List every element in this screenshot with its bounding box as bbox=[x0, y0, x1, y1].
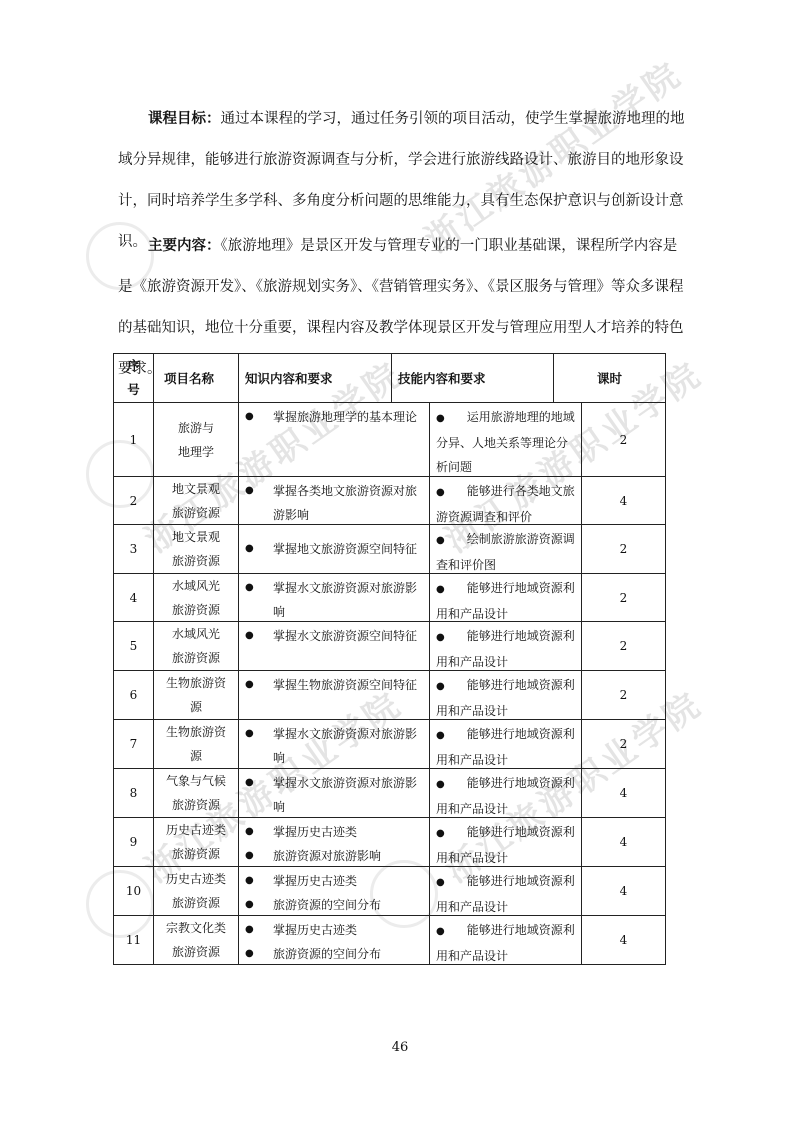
cell-skill: ●能够进行各类地文旅游资源调查和评价 bbox=[429, 477, 581, 524]
bullet-icon: ● bbox=[436, 413, 445, 424]
cell-no: 11 bbox=[114, 916, 153, 964]
cell-no: 1 bbox=[114, 403, 153, 476]
cell-project-name: 水域风光 旅游资源 bbox=[153, 574, 238, 621]
cell-skill: ●能够进行地域资源利用和产品设计 bbox=[429, 720, 581, 768]
bullet-icon: ● bbox=[436, 632, 445, 643]
knowledge-item: ●掌握历史古迹类 bbox=[245, 869, 423, 893]
bullet-icon: ● bbox=[245, 624, 273, 648]
knowledge-item: ●掌握各类地文旅游资源对旅游影响 bbox=[245, 479, 423, 527]
knowledge-item: ●掌握水文旅游资源对旅游影响 bbox=[245, 771, 423, 819]
cell-hours: 2 bbox=[581, 403, 665, 476]
table-row: 4水域风光 旅游资源●掌握水文旅游资源对旅游影响●能够进行地域资源利用和产品设计… bbox=[113, 573, 666, 621]
cell-no: 2 bbox=[114, 477, 153, 524]
cell-skill: ●能够进行地域资源利用和产品设计 bbox=[429, 622, 581, 670]
cell-skill: ●能够进行地域资源利用和产品设计 bbox=[429, 574, 581, 621]
table-row: 10历史古迹类 旅游资源●掌握历史古迹类●旅游资源的空间分布●能够进行地域资源利… bbox=[113, 866, 666, 915]
skill-text: 能够进行各类地文旅游资源调查和评价 bbox=[436, 484, 575, 524]
skill-text: 绘制旅游旅游资源调查和评价图 bbox=[436, 532, 575, 572]
bullet-icon: ● bbox=[436, 584, 445, 595]
knowledge-text: 掌握旅游地理学的基本理论 bbox=[273, 405, 417, 429]
cell-no: 6 bbox=[114, 671, 153, 719]
knowledge-item: ●旅游资源的空间分布 bbox=[245, 893, 423, 917]
bullet-icon: ● bbox=[245, 869, 273, 893]
skill-text: 能够进行地域资源利用和产品设计 bbox=[436, 678, 575, 718]
header-skill: 技能内容和要求 bbox=[391, 354, 553, 402]
cell-knowledge: ●掌握历史古迹类●旅游资源的空间分布 bbox=[238, 867, 429, 915]
knowledge-text: 掌握水文旅游资源对旅游影响 bbox=[273, 771, 423, 819]
cell-skill: ●运用旅游地理的地域分异、人地关系等理论分析问题 bbox=[429, 403, 581, 476]
page-number: 46 bbox=[0, 1040, 800, 1055]
knowledge-text: 掌握水文旅游资源对旅游影响 bbox=[273, 722, 423, 770]
cell-no: 8 bbox=[114, 769, 153, 817]
cell-skill: ●能够进行地域资源利用和产品设计 bbox=[429, 769, 581, 817]
table-row: 5水域风光 旅游资源●掌握水文旅游资源空间特征●能够进行地域资源利用和产品设计2 bbox=[113, 621, 666, 670]
knowledge-item: ●旅游资源对旅游影响 bbox=[245, 844, 423, 868]
cell-project-name: 宗教文化类 旅游资源 bbox=[153, 916, 238, 964]
knowledge-item: ●掌握生物旅游资源空间特征 bbox=[245, 673, 423, 697]
table-row: 8气象与气候 旅游资源●掌握水文旅游资源对旅游影响●能够进行地域资源利用和产品设… bbox=[113, 768, 666, 817]
cell-knowledge: ●掌握历史古迹类●旅游资源对旅游影响 bbox=[238, 818, 429, 866]
cell-project-name: 旅游与 地理学 bbox=[153, 403, 238, 476]
cell-skill: ●能够进行地域资源利用和产品设计 bbox=[429, 916, 581, 964]
knowledge-item: ●掌握水文旅游资源对旅游影响 bbox=[245, 722, 423, 770]
table-row: 2地文景观 旅游资源●掌握各类地文旅游资源对旅游影响●能够进行各类地文旅游资源调… bbox=[113, 476, 666, 524]
knowledge-item: ●旅游资源的空间分布 bbox=[245, 942, 423, 966]
table-row: 1旅游与 地理学●掌握旅游地理学的基本理论●运用旅游地理的地域分异、人地关系等理… bbox=[113, 402, 666, 476]
cell-project-name: 生物旅游资 源 bbox=[153, 720, 238, 768]
skill-text: 能够进行地域资源利用和产品设计 bbox=[436, 923, 575, 963]
cell-knowledge: ●掌握水文旅游资源对旅游影响 bbox=[238, 769, 429, 817]
cell-project-name: 生物旅游资 源 bbox=[153, 671, 238, 719]
knowledge-item: ●掌握旅游地理学的基本理论 bbox=[245, 405, 423, 429]
cell-no: 9 bbox=[114, 818, 153, 866]
cell-hours: 2 bbox=[581, 671, 665, 719]
bullet-icon: ● bbox=[245, 537, 273, 561]
table-header-row: 序号 项目名称 知识内容和要求 技能内容和要求 课时 bbox=[113, 353, 666, 402]
bullet-icon: ● bbox=[245, 893, 273, 917]
skill-text: 能够进行地域资源利用和产品设计 bbox=[436, 776, 575, 816]
cell-hours: 4 bbox=[581, 916, 665, 964]
bullet-icon: ● bbox=[245, 942, 273, 966]
cell-skill: ●能够进行地域资源利用和产品设计 bbox=[429, 671, 581, 719]
skill-text: 运用旅游地理的地域分异、人地关系等理论分析问题 bbox=[436, 410, 575, 474]
table-row: 11宗教文化类 旅游资源●掌握历史古迹类●旅游资源的空间分布●能够进行地域资源利… bbox=[113, 915, 666, 965]
knowledge-text: 掌握地文旅游资源空间特征 bbox=[273, 537, 417, 561]
bullet-icon: ● bbox=[245, 576, 273, 624]
cell-project-name: 地文景观 旅游资源 bbox=[153, 525, 238, 573]
skill-text: 能够进行地域资源利用和产品设计 bbox=[436, 581, 575, 621]
knowledge-text: 掌握历史古迹类 bbox=[273, 820, 357, 844]
table-row: 9历史古迹类 旅游资源●掌握历史古迹类●旅游资源对旅游影响●能够进行地域资源利用… bbox=[113, 817, 666, 866]
cell-knowledge: ●掌握水文旅游资源对旅游影响 bbox=[238, 720, 429, 768]
knowledge-text: 旅游资源对旅游影响 bbox=[273, 844, 381, 868]
skill-text: 能够进行地域资源利用和产品设计 bbox=[436, 825, 575, 865]
cell-project-name: 水域风光 旅游资源 bbox=[153, 622, 238, 670]
table-row: 7生物旅游资 源●掌握水文旅游资源对旅游影响●能够进行地域资源利用和产品设计2 bbox=[113, 719, 666, 768]
bullet-icon: ● bbox=[436, 877, 445, 888]
cell-knowledge: ●掌握历史古迹类●旅游资源的空间分布 bbox=[238, 916, 429, 964]
knowledge-text: 掌握历史古迹类 bbox=[273, 869, 357, 893]
header-name: 项目名称 bbox=[153, 354, 238, 402]
knowledge-text: 掌握历史古迹类 bbox=[273, 918, 357, 942]
knowledge-text: 掌握水文旅游资源对旅游影响 bbox=[273, 576, 423, 624]
bullet-icon: ● bbox=[245, 820, 273, 844]
cell-knowledge: ●掌握水文旅游资源对旅游影响 bbox=[238, 574, 429, 621]
knowledge-item: ●掌握历史古迹类 bbox=[245, 918, 423, 942]
table-row: 6生物旅游资 源●掌握生物旅游资源空间特征●能够进行地域资源利用和产品设计2 bbox=[113, 670, 666, 719]
course-goal-label: 课程目标： bbox=[148, 110, 221, 127]
cell-project-name: 历史古迹类 旅游资源 bbox=[153, 818, 238, 866]
cell-project-name: 地文景观 旅游资源 bbox=[153, 477, 238, 524]
cell-skill: ●能够进行地域资源利用和产品设计 bbox=[429, 818, 581, 866]
bullet-icon: ● bbox=[436, 535, 445, 546]
knowledge-text: 掌握各类地文旅游资源对旅游影响 bbox=[273, 479, 423, 527]
skill-text: 能够进行地域资源利用和产品设计 bbox=[436, 874, 575, 914]
bullet-icon: ● bbox=[245, 844, 273, 868]
skill-text: 能够进行地域资源利用和产品设计 bbox=[436, 727, 575, 767]
bullet-icon: ● bbox=[245, 722, 273, 770]
cell-hours: 2 bbox=[581, 720, 665, 768]
knowledge-item: ●掌握水文旅游资源空间特征 bbox=[245, 624, 423, 648]
cell-no: 4 bbox=[114, 574, 153, 621]
knowledge-text: 掌握水文旅游资源空间特征 bbox=[273, 624, 417, 648]
cell-skill: ●绘制旅游旅游资源调查和评价图 bbox=[429, 525, 581, 573]
table-row: 3地文景观 旅游资源●掌握地文旅游资源空间特征●绘制旅游旅游资源调查和评价图2 bbox=[113, 524, 666, 573]
cell-project-name: 历史古迹类 旅游资源 bbox=[153, 867, 238, 915]
header-hours: 课时 bbox=[553, 354, 665, 402]
cell-no: 7 bbox=[114, 720, 153, 768]
cell-knowledge: ●掌握各类地文旅游资源对旅游影响 bbox=[238, 477, 429, 524]
bullet-icon: ● bbox=[436, 730, 445, 741]
bullet-icon: ● bbox=[245, 918, 273, 942]
bullet-icon: ● bbox=[245, 405, 273, 429]
header-no: 序号 bbox=[114, 354, 153, 402]
cell-knowledge: ●掌握生物旅游资源空间特征 bbox=[238, 671, 429, 719]
bullet-icon: ● bbox=[436, 828, 445, 839]
cell-hours: 4 bbox=[581, 818, 665, 866]
bullet-icon: ● bbox=[436, 926, 445, 937]
cell-no: 5 bbox=[114, 622, 153, 670]
knowledge-item: ●掌握地文旅游资源空间特征 bbox=[245, 537, 423, 561]
cell-hours: 4 bbox=[581, 867, 665, 915]
cell-hours: 4 bbox=[581, 769, 665, 817]
knowledge-text: 掌握生物旅游资源空间特征 bbox=[273, 673, 417, 697]
cell-hours: 2 bbox=[581, 574, 665, 621]
cell-skill: ●能够进行地域资源利用和产品设计 bbox=[429, 867, 581, 915]
knowledge-item: ●掌握历史古迹类 bbox=[245, 820, 423, 844]
cell-hours: 4 bbox=[581, 477, 665, 524]
cell-project-name: 气象与气候 旅游资源 bbox=[153, 769, 238, 817]
knowledge-text: 旅游资源的空间分布 bbox=[273, 942, 381, 966]
bullet-icon: ● bbox=[436, 487, 445, 498]
bullet-icon: ● bbox=[245, 771, 273, 819]
bullet-icon: ● bbox=[436, 681, 445, 692]
cell-knowledge: ●掌握水文旅游资源空间特征 bbox=[238, 622, 429, 670]
cell-knowledge: ●掌握旅游地理学的基本理论 bbox=[238, 403, 429, 476]
cell-no: 10 bbox=[114, 867, 153, 915]
main-content-label: 主要内容： bbox=[148, 237, 221, 254]
cell-no: 3 bbox=[114, 525, 153, 573]
cell-knowledge: ●掌握地文旅游资源空间特征 bbox=[238, 525, 429, 573]
cell-hours: 2 bbox=[581, 525, 665, 573]
bullet-icon: ● bbox=[436, 779, 445, 790]
bullet-icon: ● bbox=[245, 673, 273, 697]
knowledge-text: 旅游资源的空间分布 bbox=[273, 893, 381, 917]
skill-text: 能够进行地域资源利用和产品设计 bbox=[436, 629, 575, 669]
cell-hours: 2 bbox=[581, 622, 665, 670]
header-knowledge: 知识内容和要求 bbox=[238, 354, 391, 402]
course-projects-table: 序号 项目名称 知识内容和要求 技能内容和要求 课时 1旅游与 地理学●掌握旅游… bbox=[113, 353, 666, 965]
knowledge-item: ●掌握水文旅游资源对旅游影响 bbox=[245, 576, 423, 624]
bullet-icon: ● bbox=[245, 479, 273, 527]
